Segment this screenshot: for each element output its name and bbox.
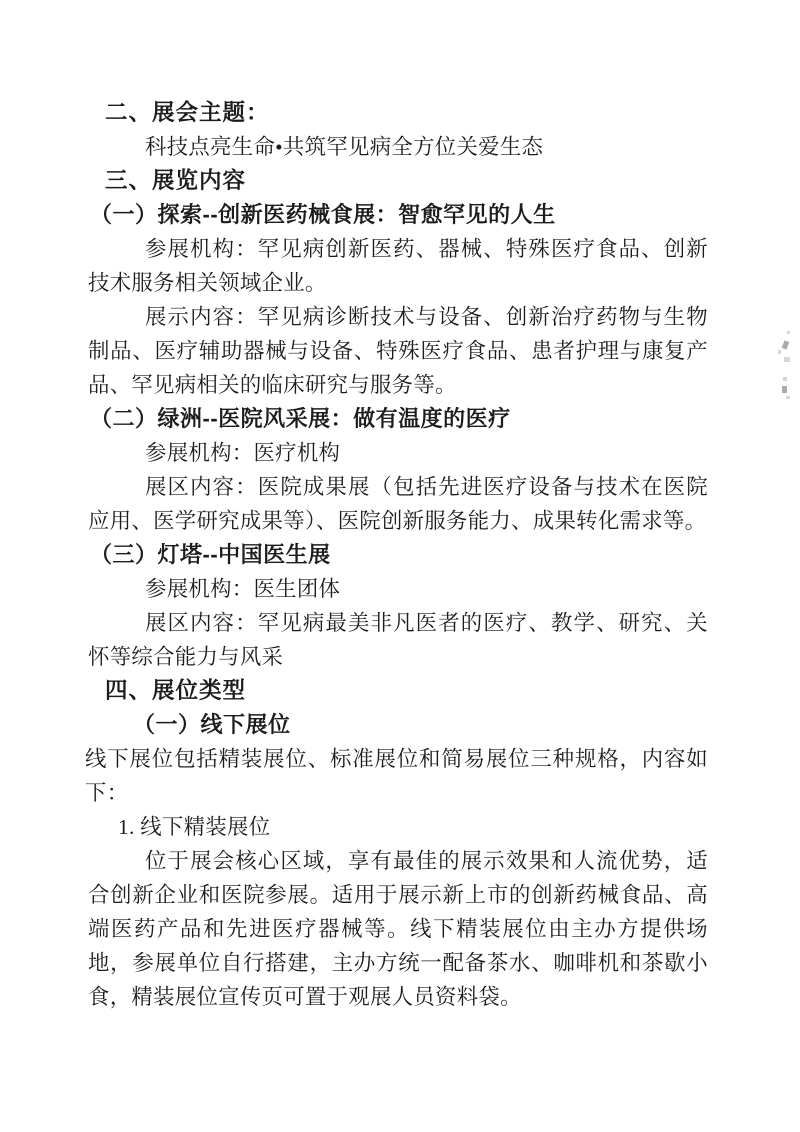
paragraph-content-oasis: 展区内容：医院成果展（包括先进医疗设备与技术在医院应用、医学研究成果等）、医院创…	[88, 470, 708, 538]
subsection-heading-oasis: （二）绿洲--医院风采展：做有温度的医疗	[90, 402, 708, 436]
paragraph-exhibitors-explore: 参展机构：罕见病创新医药、器械、特殊医疗食品、创新技术服务相关领域企业。	[88, 232, 708, 300]
subsection-heading-offline-booth: （一）线下展位	[133, 708, 708, 742]
scan-speck	[782, 340, 789, 349]
numbered-item-premium-booth: 1. 线下精装展位	[118, 810, 708, 844]
scan-speck	[784, 357, 790, 362]
subsection-heading-lighthouse: （三）灯塔--中国医生展	[90, 538, 708, 572]
scan-speck	[786, 396, 790, 399]
exhibition-theme-text: 科技点亮生命•共筑罕见病全方位关爱生态	[88, 130, 708, 164]
subsection-heading-explore: （一）探索--创新医药械食展：智愈罕见的人生	[90, 198, 708, 232]
paragraph-content-lighthouse: 展区内容：罕见病最美非凡医者的医疗、教学、研究、关怀等综合能力与风采	[88, 606, 708, 674]
paragraph-booth-types-intro: 线下展位包括精装展位、标准展位和简易展位三种规格，内容如下：	[85, 742, 708, 810]
paragraph-premium-booth-detail: 位于展会核心区域，享有最佳的展示效果和人流优势，适合创新企业和医院参展。适用于展…	[88, 844, 708, 1014]
document-body: 二、展会主题： 科技点亮生命•共筑罕见病全方位关爱生态 三、展览内容 （一）探索…	[88, 96, 708, 1014]
section-heading-3: 三、展览内容	[105, 164, 708, 198]
paragraph-exhibitors-lighthouse: 参展机构：医生团体	[88, 572, 708, 606]
scan-speck	[782, 386, 787, 393]
section-heading-2: 二、展会主题：	[105, 96, 708, 130]
paragraph-exhibitors-oasis: 参展机构：医疗机构	[88, 436, 708, 470]
scan-speck	[783, 377, 787, 381]
section-heading-4: 四、展位类型	[105, 674, 708, 708]
paragraph-content-explore: 展示内容：罕见病诊断技术与设备、创新治疗药物与生物制品、医疗辅助器械与设备、特殊…	[88, 300, 708, 402]
scan-speck	[778, 350, 781, 354]
scan-speck	[787, 331, 790, 334]
document-page: 二、展会主题： 科技点亮生命•共筑罕见病全方位关爱生态 三、展览内容 （一）探索…	[0, 0, 800, 1132]
